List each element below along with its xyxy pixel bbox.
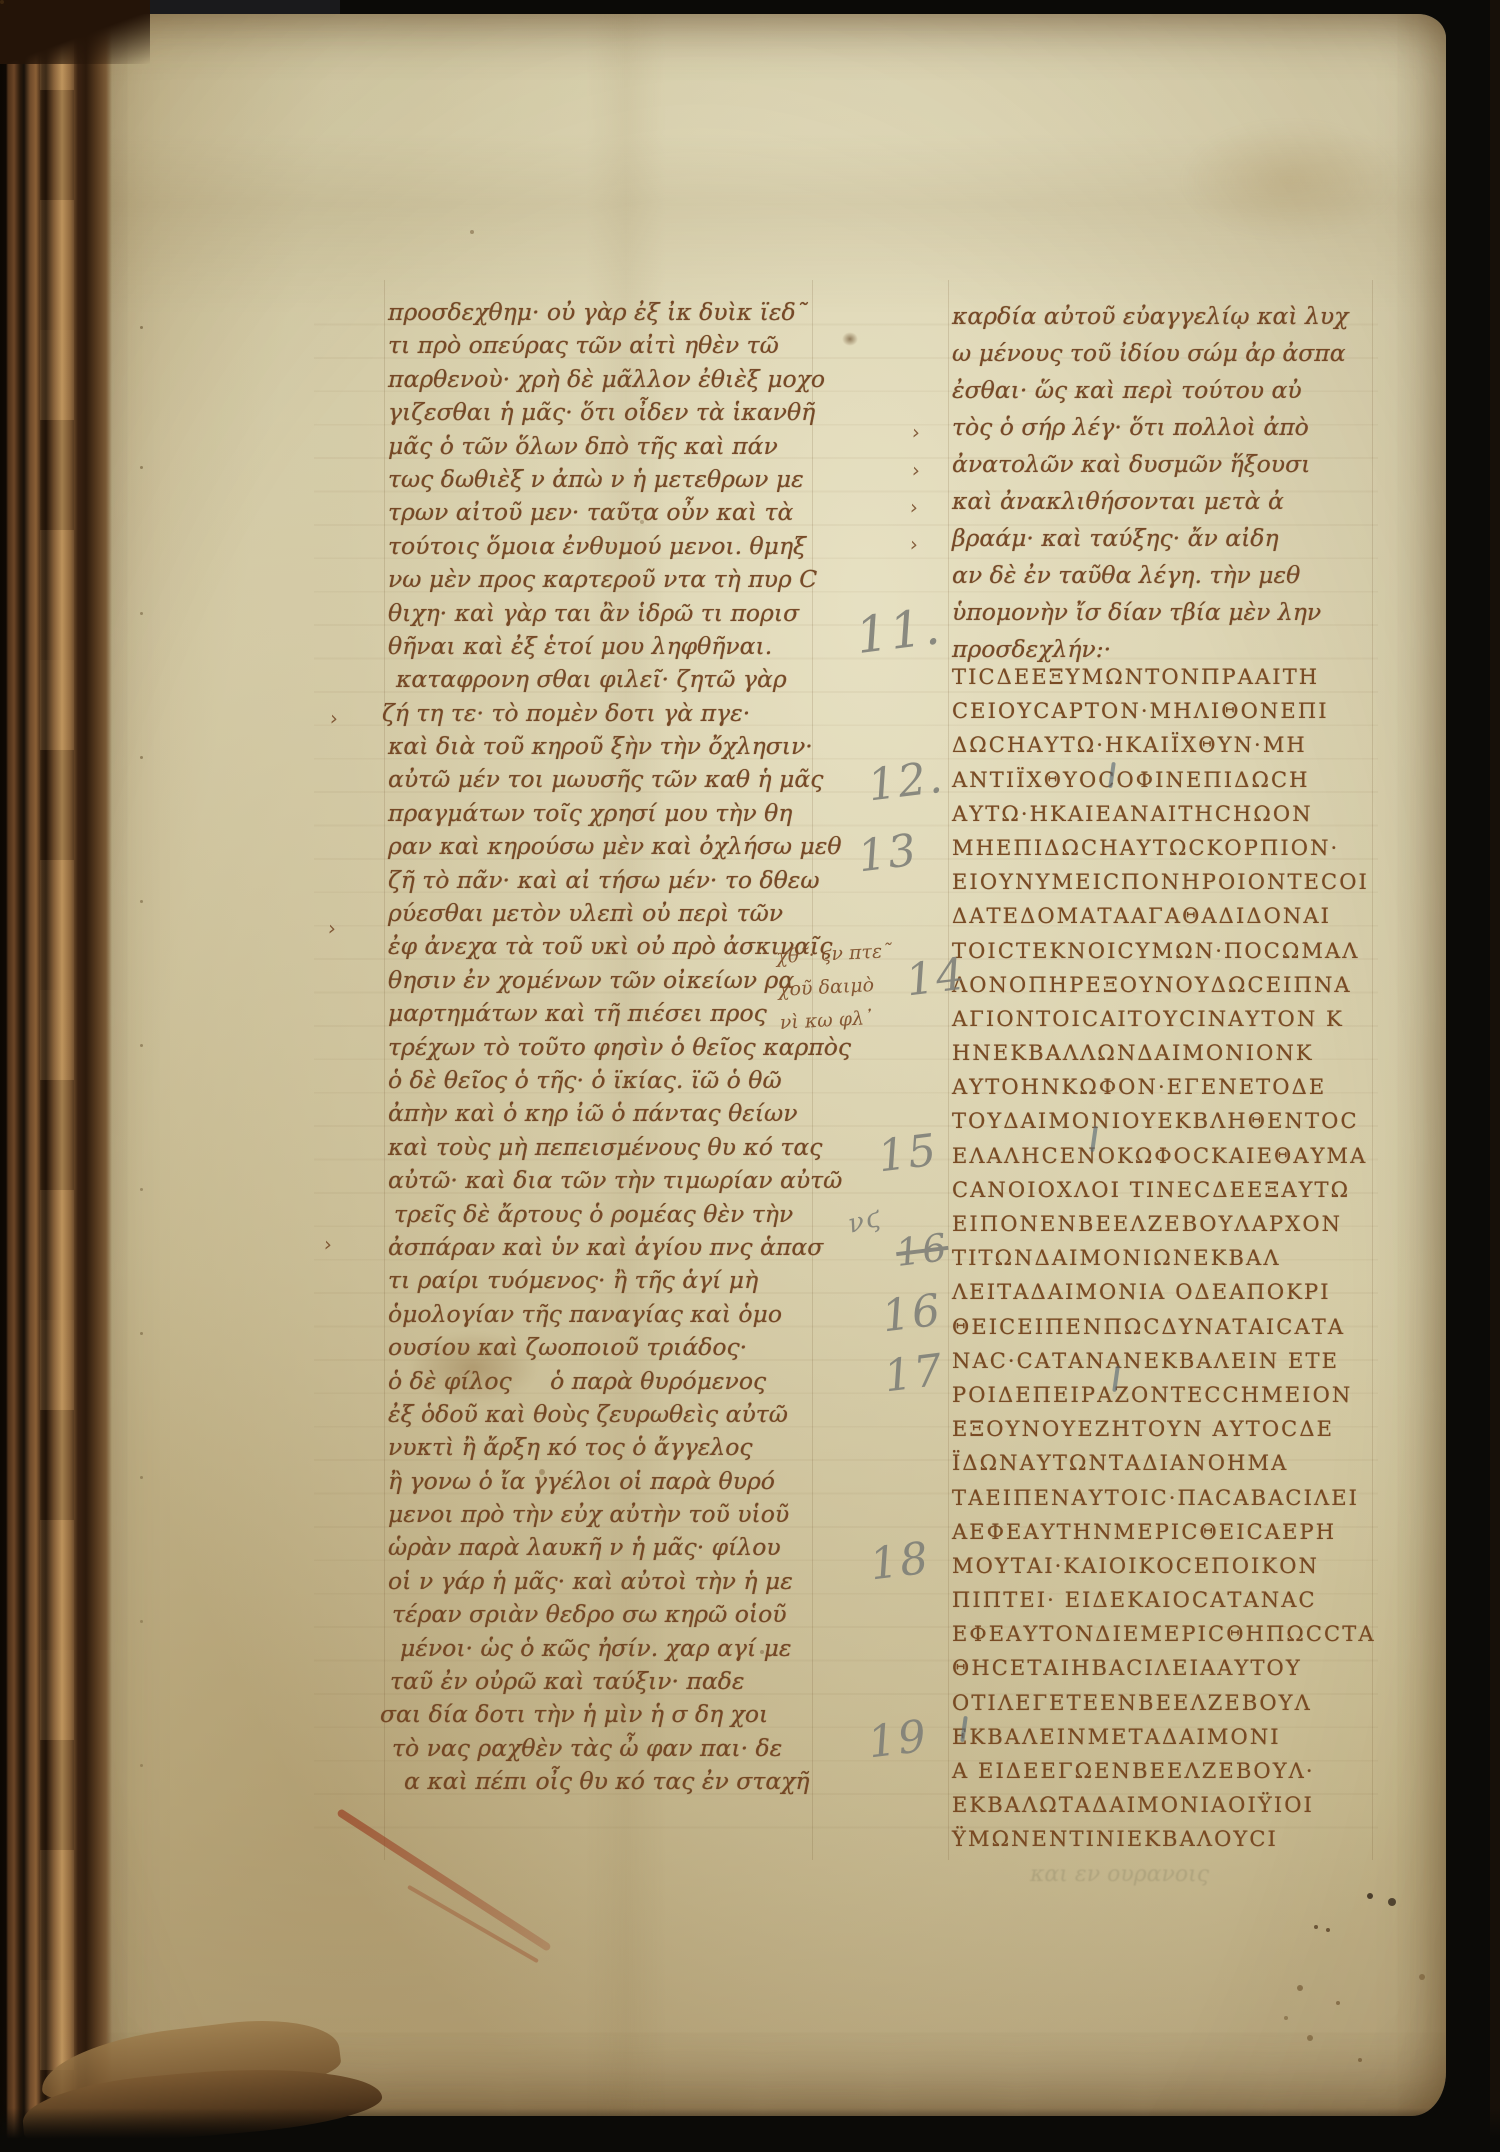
text-line: ΠΙΠΤΕΙ· ΕΙΔΕΚΑΙΟCΑΤΑΝΑC [952, 1583, 1376, 1617]
text-line: ὑπομονὴν ἴσ δίαν τβία μὲν λην [952, 594, 1348, 631]
text-line: ΤΙΤΩΝΔΑΙΜΟΝΙΩΝΕΚΒΑΛ [952, 1241, 1376, 1275]
text-line: βραάμ· καὶ ταύξης· ἄν αἰδη [952, 520, 1348, 557]
text-line: θῆναι καὶ ἐξ ἑτοί μου ληφθῆναι. [388, 630, 851, 663]
binding-highlight [40, 0, 74, 2152]
text-line: προσδεχθημ· οὐ γὰρ ἐξ ἰκ δυὶκ ϊεδ῀ [388, 296, 851, 329]
text-line: καταφρονη σθαι φιλεῖ· ζητῶ γὰρ [396, 663, 851, 696]
text-line: ραν καὶ κηρούσω μὲν καὶ ὀχλήσω μεθ [388, 830, 851, 863]
offset-ghost-text: και εν ουρανοις [1030, 1862, 1209, 1887]
parchment-specks [0, 0, 4, 4]
text-line: ζή τη τε· τὸ πομὲν δοτι γὰ πγε· [382, 697, 851, 730]
text-line: ΗΝΕΚΒΑΛΛΩΝΔΑΙΜΟΝΙΟΝΚ [952, 1036, 1376, 1070]
verse-number: 18 [867, 1533, 933, 1591]
pricking-holes [140, 326, 143, 329]
text-line: καὶ διὰ τοῦ κηροῦ ξὴν τὴν ὄχλησιν· [388, 730, 851, 763]
bottom-shadow [0, 2108, 1500, 2152]
text-line: αὐτῶ· καὶ δια τῶν τὴν τιμωρίαν αὐτῶ [388, 1164, 851, 1197]
left-column-commentary-text: προσδεχθημ· οὐ γὰρ ἐξ ἰκ δυὶκ ϊεδ῀τι πρὸ… [388, 296, 851, 1799]
text-line: ρύεσθαι μετὸν υλεπὶ οὐ περὶ τῶν [388, 897, 851, 930]
text-line: καὶ ἀνακλιθήσονται μετὰ ἀ [952, 483, 1348, 520]
diple-mark: › [909, 532, 919, 556]
text-line: καὶ τοὺς μὴ πεπεισμένους θυ κό τας [388, 1131, 851, 1164]
text-line: γιζεσθαι ἡ μᾶς· ὅτι οἶδεν τὰ ἱκανθῆ [388, 396, 851, 429]
verse-number: 16 [894, 1225, 951, 1275]
text-line: ὁ δὲ θεῖος ὁ τῆς· ὁ ϊκίας. ϊῶ ὁ θῶ [388, 1064, 851, 1097]
text-line: καρδία αὐτοῦ εὐαγγελίῳ καὶ λυχ [952, 298, 1348, 335]
text-line: τούτοις ὅμοια ἐνθυμού μενοι. θμηξ [388, 530, 851, 563]
text-line: ἀσπάραν καὶ ὑν καὶ ἀγίου πνς ἁπασ [388, 1231, 851, 1264]
text-line: ὁμολογίαν τῆς παναγίας καὶ ὁμο [388, 1298, 851, 1331]
text-line: τὸ νας ραχθὲν τὰς ὦ φαν παι· δε [392, 1732, 851, 1765]
text-line: ΑΥΤΩ·ΗΚΑΙΕΑΝΑΙΤΗCΗΩΟΝ [952, 797, 1376, 831]
text-line: τρεῖς δὲ ἄρτους ὁ ρομέας θὲν τὴν [394, 1198, 851, 1231]
photo-backdrop-right [1490, 0, 1500, 2152]
text-line: μένοι· ὡς ὁ κῶς ἠσίν. χαρ αγί με [400, 1632, 851, 1665]
cover-corner [0, 0, 150, 64]
text-line: παρθενοὺ· χρὴ δὲ μᾶλλον ἐθιὲξ μοχο [388, 363, 851, 396]
text-line: τρων αἰτοῦ μεν· ταῦτα οὖν καὶ τὰ [388, 496, 851, 529]
text-line: ΔΑΤΕΔΟΜΑΤΑΑΓΑΘΑΔΙΔΟΝΑΙ [952, 899, 1376, 933]
right-column-gospel-text: ΤΙCΔΕΕΞΥΜΩΝΤΟΝΠΡΑΑΙΤΗCΕΙΟΥCΑΡΤΟΝ·ΜΗΛΙΘΟΝ… [952, 660, 1376, 1857]
diple-mark: › [911, 458, 921, 482]
text-line: ταῦ ἐν οὐρῶ καὶ ταύξιν· παδε [390, 1665, 851, 1698]
text-line: ΝΑC·CΑΤΑΝΑΝΕΚΒΑΛΕΙΝ ΕΤΕ [952, 1344, 1376, 1378]
margin-gloss-note: χθ῀· ϛν πτε῀χοῦ δαιμὸνὶ κω φλ᾿ [775, 935, 895, 1040]
text-line: α καὶ πέπι οἶς θυ κό τας ἐν σταχῆ [404, 1765, 851, 1798]
text-line: ΕΙΟΥΝΥΜΕΙCΠΟΝΗΡΟΙΟΝΤΕCΟΙ [952, 865, 1376, 899]
text-line: ζῆ τὸ πᾶν· καὶ αἰ τήσω μέν· το δθεω [388, 864, 851, 897]
text-line: ΔΩCΗΑΥΤΩ·ΗΚΑΙΪΧΘΥΝ·ΜΗ [952, 728, 1376, 762]
text-line: ΕΚΒΑΛΕΙΝΜΕΤΑΔΑΙΜΟΝΙ [952, 1720, 1376, 1754]
text-line: ὁ δὲ φίλος ὁ παρὰ θυρόμενος [388, 1365, 851, 1398]
text-line: οἱ ν γάρ ἡ μᾶς· καὶ αὐτοὶ τὴν ἡ με [388, 1565, 851, 1598]
text-line: τως δωθιὲξ ν ἀπὼ ν ἡ μετεθρων με [388, 463, 851, 496]
text-line: ΤΑΕΙΠΕΝΑΥΤΟΙC·ΠΑCΑΒΑCΙΛΕΙ [952, 1481, 1376, 1515]
text-line: ἀνατολῶν καὶ δυσμῶν ἥξουσι [952, 446, 1348, 483]
verse-number: 15 [875, 1125, 941, 1183]
text-line: αὐτῶ μέν τοι μωυσῆς τῶν καθ ἡ μᾶς [388, 763, 851, 796]
text-line: τὸς ὁ σήρ λέγ· ὅτι πολλοὶ ἀπὸ [952, 409, 1348, 446]
text-line: ΤΟΥΔΑΙΜΟΝΙΟΥΕΚΒΛΗΘΕΝΤΟC [952, 1104, 1376, 1138]
text-line: τι πρὸ οπεύρας τῶν αἰτὶ ηθὲν τῶ [388, 329, 851, 362]
gloss-line: νὶ κω φλ᾿ [779, 1001, 896, 1040]
text-line: μενοι πρὸ τὴν εὐχ αὐτὴν τοῦ υἱοῦ [388, 1498, 851, 1531]
text-line: ΤΙCΔΕΕΞΥΜΩΝΤΟΝΠΡΑΑΙΤΗ [952, 660, 1376, 694]
diple-mark: › [323, 1232, 333, 1256]
text-line: ΑΓΙΟΝΤΟΙCΑΙΤΟΥCΙΝΑΥΤΟΝ Κ [952, 1002, 1376, 1036]
text-line: ἐξ ὁδοῦ καὶ θοὺς ζευρωθεὶς αὐτῶ [388, 1398, 851, 1431]
text-line: νω μὲν προς καρτεροῦ ντα τὴ πυρ C [388, 563, 851, 596]
text-line: ἢ γονω ὁ ἴα γγέλοι οἱ παρὰ θυρό [388, 1465, 851, 1498]
text-line: νυκτὶ ἢ ἄρξη κό τος ὁ ἄγγελος [388, 1431, 851, 1464]
text-line: ΜΟΥΤΑΙ·ΚΑΙΟΙΚΟCΕΠΟΙΚΟΝ [952, 1549, 1376, 1583]
text-line: ΟΤΙΛΕΓΕΤΕΕΝΒΕΕΛΖΕΒΟΥΛ [952, 1686, 1376, 1720]
text-line: ΑΥΤΟΗΝΚΩΦΟΝ·ΕΓΕΝΕΤΟΔΕ [952, 1070, 1376, 1104]
text-line: ουσίου καὶ ζωοποιοῦ τριάδος· [388, 1331, 851, 1364]
text-line: ΜΗΕΠΙΔΩCΗΑΥΤΩCΚΟΡΠΙΟΝ· [952, 831, 1376, 865]
text-line: ΡΟΙΔΕΠΕΙΡΑΖΟΝΤΕCCΗΜΕΙΟΝ [952, 1378, 1376, 1412]
text-line: ΕΚΒΑΛΩΤΑΔΑΙΜΟΝΙΑΟΙΫΙΟΙ [952, 1788, 1376, 1822]
verse-number: 12. [865, 752, 947, 812]
verse-number: 19 [865, 1711, 931, 1769]
verse-number: 13 [855, 825, 921, 883]
text-line: θιχη· καὶ γὰρ ται ἂν ἱδρῶ τι πορισ [388, 597, 851, 630]
diple-mark: › [327, 916, 337, 940]
text-line: ΑΕΦΕΑΥΤΗΝΜΕΡΙCΘΕΙCΑΕΡΗ [952, 1515, 1376, 1549]
verse-number: 17 [881, 1345, 947, 1403]
text-line: ΛΟΝΟΠΗΡΕΞΟΥΝΟΥΔΩCΕΙΠΝΑ [952, 968, 1376, 1002]
text-line: αν δὲ ἐν ταῦθα λέγη. τὴν μεθ [952, 557, 1348, 594]
text-line: τι ραίρι τυόμενος· ἢ τῆς ἁγί μὴ [388, 1264, 851, 1297]
text-line: ΘΗCΕΤΑΙΗΒΑCΙΛΕΙΑΑΥΤΟΥ [952, 1651, 1376, 1685]
text-line: CΕΙΟΥCΑΡΤΟΝ·ΜΗΛΙΘΟΝΕΠΙ [952, 694, 1376, 728]
gloss-line: χθ῀· ϛν πτε῀ [775, 935, 892, 974]
diple-mark: › [329, 706, 339, 730]
text-line: ἐσθαι· ὥς καὶ περὶ τούτου αὐ [952, 372, 1348, 409]
text-line: ω μένους τοῦ ἰδίου σώμ ἀρ ἀσπα [952, 335, 1348, 372]
diple-mark: › [911, 420, 921, 444]
text-line: πραγμάτων τοῖς χρησί μου τὴν θη [388, 797, 851, 830]
text-line: ΪΔΩΝΑΥΤΩΝΤΑΔΙΑΝΟΗΜΑ [952, 1446, 1376, 1480]
text-line: ΛΕΙΤΑΔΑΙΜΟΝΙΑ ΟΔΕΑΠΟΚΡΙ [952, 1275, 1376, 1309]
text-line: τέραν σριὰν θεδρο σω κηρῶ οἱοῦ [392, 1598, 851, 1631]
text-line: ἀπὴν καὶ ὁ κηρ ἰῶ ὁ πάντας θείων [388, 1097, 851, 1130]
diple-mark: › [909, 495, 919, 519]
text-line: CΑΝΟΙΟΧΛΟΙ ΤΙΝΕCΔΕΕΞΑΥΤΩ [952, 1173, 1376, 1207]
verse-number: 11. [853, 597, 945, 665]
text-line: Α ΕΙΔΕΕΓΩΕΝΒΕΕΛΖΕΒΟΥΛ· [952, 1754, 1376, 1788]
right-column-commentary-text: καρδία αὐτοῦ εὐαγγελίῳ καὶ λυχω μένους τ… [952, 298, 1348, 668]
text-line: ΕΙΠΟΝΕΝΒΕΕΛΖΕΒΟΥΛΑΡΧΟΝ [952, 1207, 1376, 1241]
verse-number: 14 [903, 949, 969, 1007]
manuscript-photo: προσδεχθημ· οὐ γὰρ ἐξ ἰκ δυὶκ ϊεδ῀τι πρὸ… [0, 0, 1500, 2152]
text-line: ΕΦΕΑΥΤΟΝΔΙΕΜΕΡΙCΘΗΠΩCCΤΑ [952, 1617, 1376, 1651]
text-line: σαι δία δοτι τὴν ἡ μὶν ἡ σ δη χοι [380, 1698, 851, 1731]
verse-number: 16 [879, 1285, 945, 1343]
text-line: ΕΛΑΛΗCΕΝΟΚΩΦΟCΚΑΙΕΘΑΥΜΑ [952, 1139, 1376, 1173]
text-line: ΤΟΙCΤΕΚΝΟΙCΥΜΩΝ·ΠΟCΩΜΑΛ [952, 934, 1376, 968]
text-line: ΘΕΙCΕΙΠΕΝΠΩCΔΥΝΑΤΑΙCΑΤΑ [952, 1310, 1376, 1344]
text-line: μᾶς ὁ τῶν ὅλων δπὸ τῆς καὶ πάν [388, 430, 851, 463]
text-line: ὡρὰν παρὰ λαυκῆ ν ἡ μᾶς· φίλου [388, 1531, 851, 1564]
text-line: ΫΜΩΝΕΝΤΙΝΙΕΚΒΑΛΟΥCΙ [952, 1822, 1376, 1856]
text-line: ΕΞΟΥΝΟΥΕΖΗΤΟΥΝ ΑΥΤΟCΔΕ [952, 1412, 1376, 1446]
text-line: ΑΝΤΙΪΧΘΥΟCΟΦΙΝΕΠΙΔΩCΗ [952, 763, 1376, 797]
